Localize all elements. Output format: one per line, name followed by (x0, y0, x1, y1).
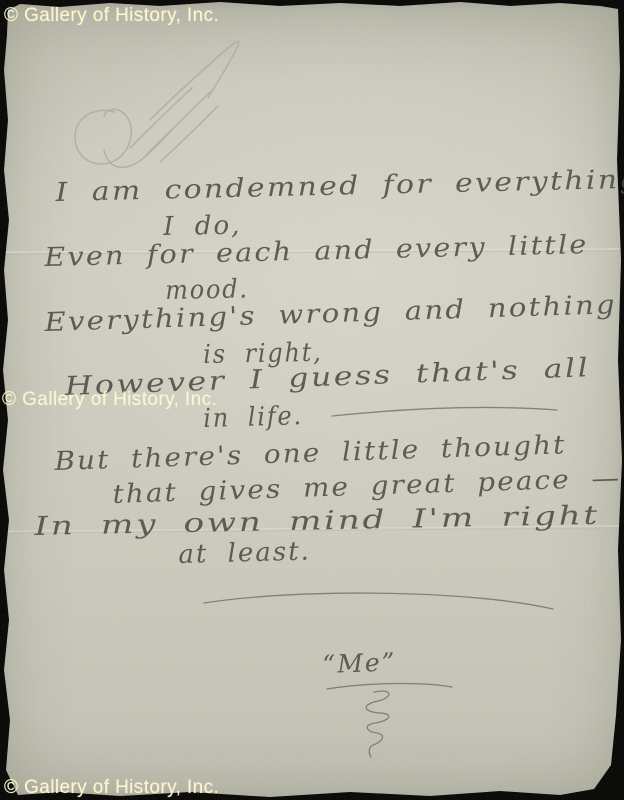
fold-crease-upper (0, 248, 624, 254)
scanned-manuscript-page: I am condemned for everything I do, Even… (0, 0, 624, 800)
paper-sheet (0, 0, 624, 800)
fold-crease-lower (0, 525, 624, 533)
